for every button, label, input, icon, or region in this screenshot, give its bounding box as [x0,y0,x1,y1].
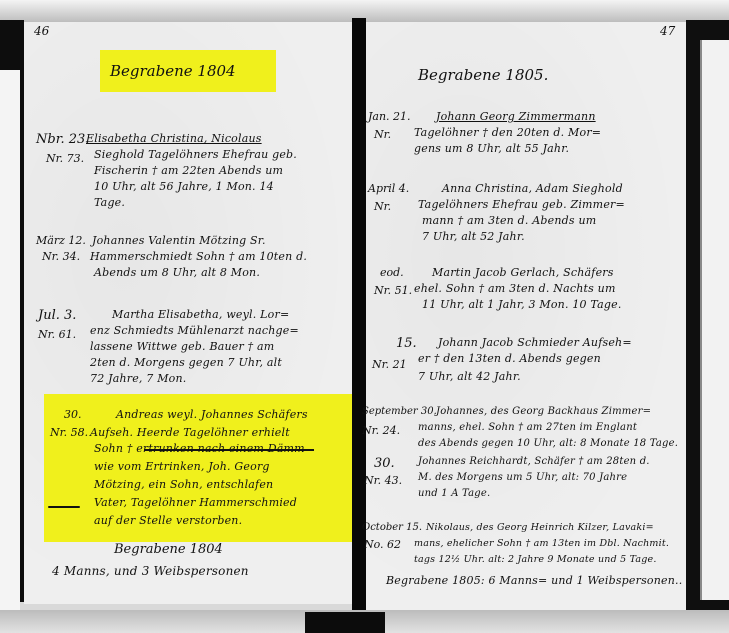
entry-line: Johannes Reichhardt, Schäfer † am 28ten … [418,456,650,467]
entry-line: Johannes, des Georg Backhaus Zimmer= [436,406,651,417]
entry-number: Nr. [374,200,391,213]
entry-line: Vater, Tagelöhner Hammerschmied [94,496,297,509]
entry-number: No. 62 [364,538,401,551]
entry-line: mann † am 3ten d. Abends um [422,214,596,227]
entry-line: Mötzing, ein Sohn, entschlafen [94,478,273,491]
entry-line: tags 12½ Uhr. alt: 2 Jahre 9 Monate und … [414,554,657,565]
page-number: 47 [660,24,675,38]
entry-date: April 4. [368,182,409,195]
entry-date: Jul. 3. [38,308,76,323]
entry-line: ehel. Sohn † am 3ten d. Nachts um [414,282,616,295]
entry-line: Martin Jacob Gerlach, Schäfers [432,266,614,279]
entry-number: Nr. 51. [374,284,412,297]
entry-date: 15. [396,336,417,351]
entry-line: Sieghold Tagelöhners Ehefrau geb. [94,148,297,161]
page-heading: Begrabene 1805. [418,66,548,84]
entry-number: Nr. 24. [362,424,400,437]
entry-line: Tagelöhner † den 20ten d. Mor= [414,126,601,139]
entry-line: manns, ehel. Sohn † am 27ten im Englant [418,422,637,433]
entry-line: Aufseh. Heerde Tagelöhner erhielt [90,426,290,439]
entry-line: des Abends gegen 10 Uhr, alt: 8 Monate 1… [418,438,678,449]
entry-date: März 12. [36,234,86,247]
entry-line: auf der Stelle verstorben. [94,514,242,527]
summary-line: 4 Manns, und 3 Weibspersonen [52,564,249,578]
strikethrough [144,449,314,451]
page-number: 46 [34,24,49,38]
entry-line: Tage. [94,196,125,209]
entry-line: Hammerschmiedt Sohn † am 10ten d. [90,250,307,263]
entry-date: 30. [64,408,82,421]
entry-line: lassene Wittwe geb. Bauer † am [90,340,274,353]
page-stack-left [0,70,20,610]
entry-line: 11 Uhr, alt 1 Jahr, 3 Mon. 10 Tage. [422,298,622,311]
entry-line: Anna Christina, Adam Sieghold [442,182,623,195]
entry-number: Nr. 73. [46,152,84,165]
entry-number: Nr. 58. [50,426,88,439]
entry-line: Johannes Valentin Mötzing Sr. [92,234,266,247]
entry-line: 7 Uhr, alt 52 Jahr. [422,230,525,243]
entry-line: Elisabetha Christina, Nicolaus [86,132,262,145]
summary-heading: Begrabene 1804 [114,542,223,557]
entry-line: Johann Jacob Schmieder Aufseh= [438,336,632,349]
page-stack-right [700,40,729,600]
entry-line: M. des Morgens um 5 Uhr, alt: 70 Jahre [418,472,627,483]
right-page: 47 Begrabene 1805. Jan. 21. Nr. Johann G… [366,22,686,610]
entry-number: Nr. 61. [38,328,76,341]
entry-line: Tagelöhners Ehefrau geb. Zimmer= [418,198,625,211]
entry-line: 7 Uhr, alt 42 Jahr. [418,370,521,383]
entry-line: mans, ehelicher Sohn † am 13ten im Dbl. … [414,538,669,549]
entry-line: gens um 8 Uhr, alt 55 Jahr. [414,142,569,155]
entry-date: eod. [380,266,404,279]
entry-line: und 1 A Tage. [418,488,490,499]
entry-number: Nr. 34. [42,250,80,263]
entry-line: enz Schmiedts Mühlenarzt nachge= [90,324,299,337]
entry-line: Andreas weyl. Johannes Schäfers [116,408,308,421]
margin-mark [48,506,80,508]
entry-line: 10 Uhr, alt 56 Jahre, 1 Mon. 14 [94,180,274,193]
entry-line: Johann Georg Zimmermann [436,110,596,123]
entry-line: Abends um 8 Uhr, alt 8 Mon. [94,266,260,279]
entry-line: 72 Jahre, 7 Mon. [90,372,186,385]
entry-line: wie vom Ertrinken, Joh. Georg [94,460,270,473]
summary-line: Begrabene 1805: 6 Manns= und 1 Weibspers… [386,574,682,587]
entry-line: 2ten d. Morgens gegen 7 Uhr, alt [90,356,282,369]
entry-date: October 15. [362,522,422,533]
entry-date: Jan. 21. [368,110,411,123]
entry-number: Nr. [374,128,391,141]
entry-line: er † den 13ten d. Abends gegen [418,352,601,365]
entry-number: Nr. 21 [372,358,407,371]
scan-shadow-bottom [305,612,385,633]
entry-date: Nbr. 23. [36,132,89,147]
entry-line: Martha Elisabetha, weyl. Lor= [112,308,289,321]
entry-line: Nikolaus, des Georg Heinrich Kilzer, Lav… [426,522,654,533]
page-heading: Begrabene 1804 [110,62,236,80]
left-page: 46 Begrabene 1804 Nbr. 23. Nr. 73. Elisa… [24,22,354,604]
entry-number: Nr. 43. [364,474,402,487]
entry-date: September 30. [362,406,437,417]
entry-date: 30. [374,456,395,471]
entry-line: Fischerin † am 22ten Abends um [94,164,283,177]
